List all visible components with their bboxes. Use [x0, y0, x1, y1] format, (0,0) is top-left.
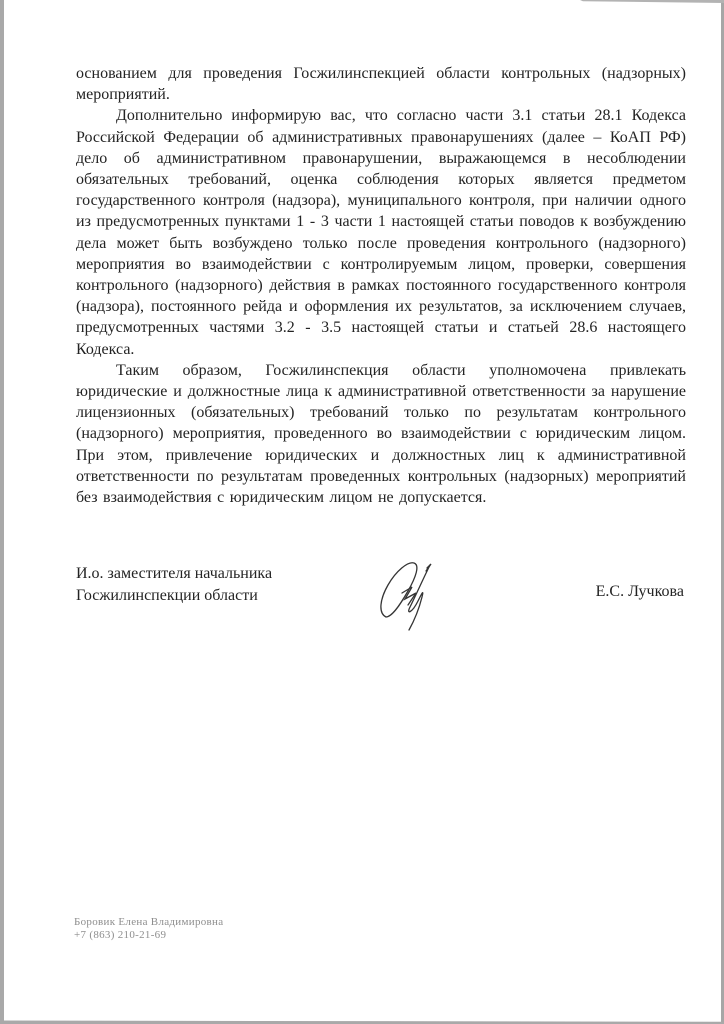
- scanned-letter-page: основанием для проведения Госжилинспекци…: [0, 0, 724, 1024]
- letter-body: основанием для проведения Госжилинспекци…: [76, 63, 686, 508]
- paragraph-continuation: основанием для проведения Госжилинспекци…: [76, 63, 686, 105]
- signature-block: И.о. заместителя начальника Госжилинспек…: [76, 563, 686, 633]
- executor-name: Боровик Елена Владимировна: [74, 916, 223, 929]
- signer-name: Е.С. Лучкова: [596, 583, 684, 601]
- paragraph-conclusion: Таким образом, Госжилинспекция области у…: [76, 360, 686, 508]
- signer-position-line-1: И.о. заместителя начальника: [76, 563, 272, 585]
- executor-phone: +7 (863) 210-21-69: [74, 929, 223, 942]
- paragraph-koap-info: Дополнительно информирую вас, что соглас…: [76, 105, 686, 359]
- scan-edge-bottom: [0, 1019, 724, 1024]
- handwritten-signature-icon: [372, 555, 456, 631]
- executor-contact: Боровик Елена Владимировна +7 (863) 210-…: [74, 916, 223, 941]
- signer-position-line-2: Госжилинспекции области: [76, 585, 272, 607]
- scan-edge-top-right: [580, 0, 724, 3]
- signer-position: И.о. заместителя начальника Госжилинспек…: [76, 563, 272, 607]
- scan-edge-left: [0, 0, 4, 1024]
